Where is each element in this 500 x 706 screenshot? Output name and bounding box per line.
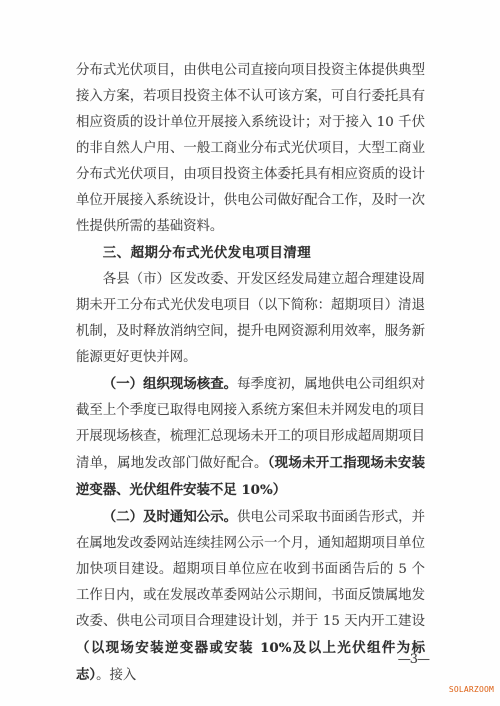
body-text: 。接入 [96, 668, 136, 683]
section-heading-text: 三、超期分布式光伏发电项目清理 [103, 245, 311, 261]
paragraph-intro: 各县（市）区发改委、开发区经发局建立超合理建设周期未开工分布式光伏发电项目（以下… [76, 267, 425, 371]
paragraph-item-1: （一）组织现场核查。每季度初，属地供电公司组织对截至上个季度已取得电网接入系统方… [76, 371, 425, 504]
item-2-title: （二）及时通知公示。 [103, 509, 237, 525]
body-text: 分布式光伏项目，由供电公司直接向项目投资主体提供典型接入方案，若项目投资主体不认… [76, 63, 425, 234]
body-text: 供电公司采取书面函告形式，并在属地发改委网站连续挂网公示一个月，通知超期项目单位… [76, 510, 425, 629]
solarzoom-watermark: SOLARZOOM [449, 685, 494, 694]
item-1-title: （一）组织现场核查。 [103, 376, 237, 392]
page-number: —3— [398, 652, 429, 668]
paragraph-continuation: 分布式光伏项目，由供电公司直接向项目投资主体提供典型接入方案，若项目投资主体不认… [76, 58, 425, 240]
paragraph-item-2: （二）及时通知公示。供电公司采取书面函告形式，并在属地发改委网站连续挂网公示一个… [76, 504, 425, 689]
scanned-document-page: 分布式光伏项目，由供电公司直接向项目投资主体提供典型接入方案，若项目投资主体不认… [0, 0, 500, 706]
section-heading: 三、超期分布式光伏发电项目清理 [76, 240, 425, 267]
body-text: 各县（市）区发改委、开发区经发局建立超合理建设周期未开工分布式光伏发电项目（以下… [76, 272, 425, 365]
document-text-block: 分布式光伏项目，由供电公司直接向项目投资主体提供典型接入方案，若项目投资主体不认… [76, 58, 425, 689]
